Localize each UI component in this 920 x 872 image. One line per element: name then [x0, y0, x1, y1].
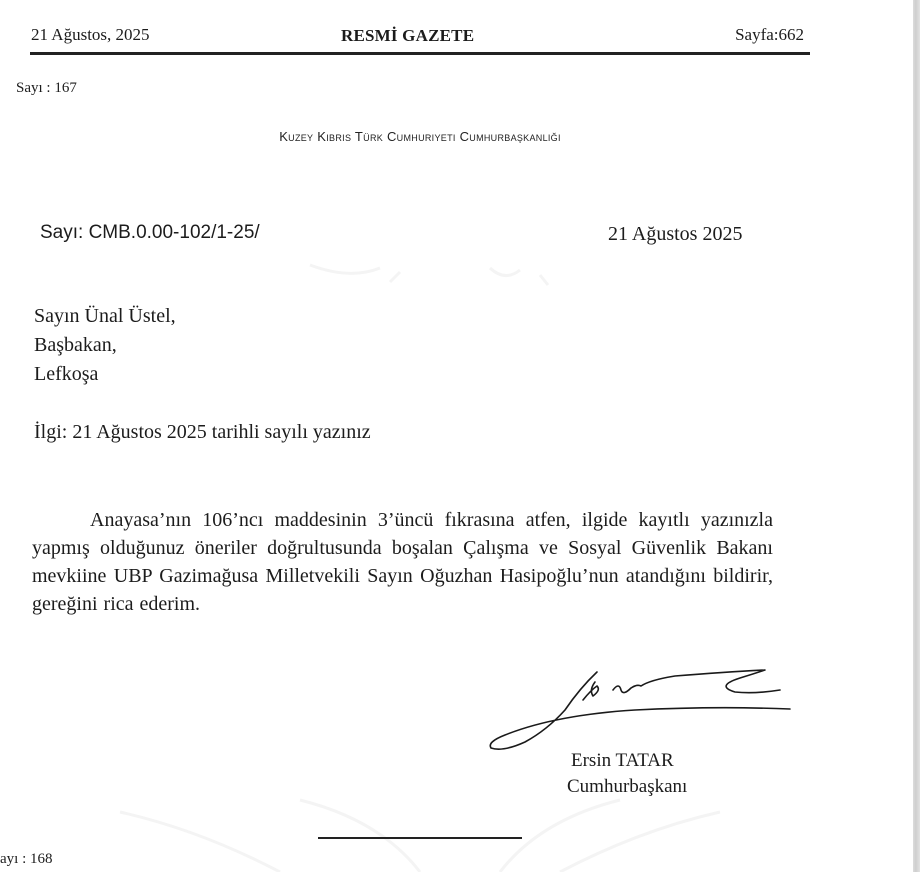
addressee-name: Sayın Ünal Üstel,: [34, 302, 176, 331]
gazette-title: RESMİ GAZETE: [341, 26, 474, 46]
addressee-location: Lefkoşa: [34, 360, 176, 389]
subject-line: İlgi: 21 Ağustos 2025 tarihli sayılı yaz…: [34, 421, 371, 444]
addressee-block: Sayın Ünal Üstel, Başbakan, Lefkoşa: [34, 302, 176, 389]
header-divider: [30, 52, 810, 55]
letterhead-text: Kuzey Kıbrıs Türk Cumhuriyeti Cumhurbaşk…: [279, 129, 561, 144]
addressee-title: Başbakan,: [34, 331, 176, 360]
section-divider: [318, 837, 522, 839]
letter-body: Anayasa’nın 106’ncı maddesinin 3’üncü fı…: [32, 506, 773, 618]
gazette-page: 21 Ağustos, 2025 RESMİ GAZETE Sayfa:662 …: [0, 0, 913, 872]
signature-icon: [485, 660, 795, 755]
letter-date: 21 Ağustos 2025: [608, 223, 742, 246]
header-date: 21 Ağustos, 2025: [31, 25, 150, 45]
page-number: Sayfa:662: [735, 25, 804, 45]
letterhead: Kuzey Kıbrıs Türk Cumhuriyeti Cumhurbaşk…: [0, 129, 840, 144]
signer-title: Cumhurbaşkanı: [567, 776, 687, 798]
reference-number: Sayı: CMB.0.00-102/1-25/: [40, 222, 260, 244]
issue-number: Sayı : 167: [16, 80, 77, 97]
page-edge-scrollbar[interactable]: [913, 0, 920, 872]
next-issue-number: ayı : 168: [0, 851, 53, 868]
signer-name: Ersin TATAR: [571, 750, 674, 772]
